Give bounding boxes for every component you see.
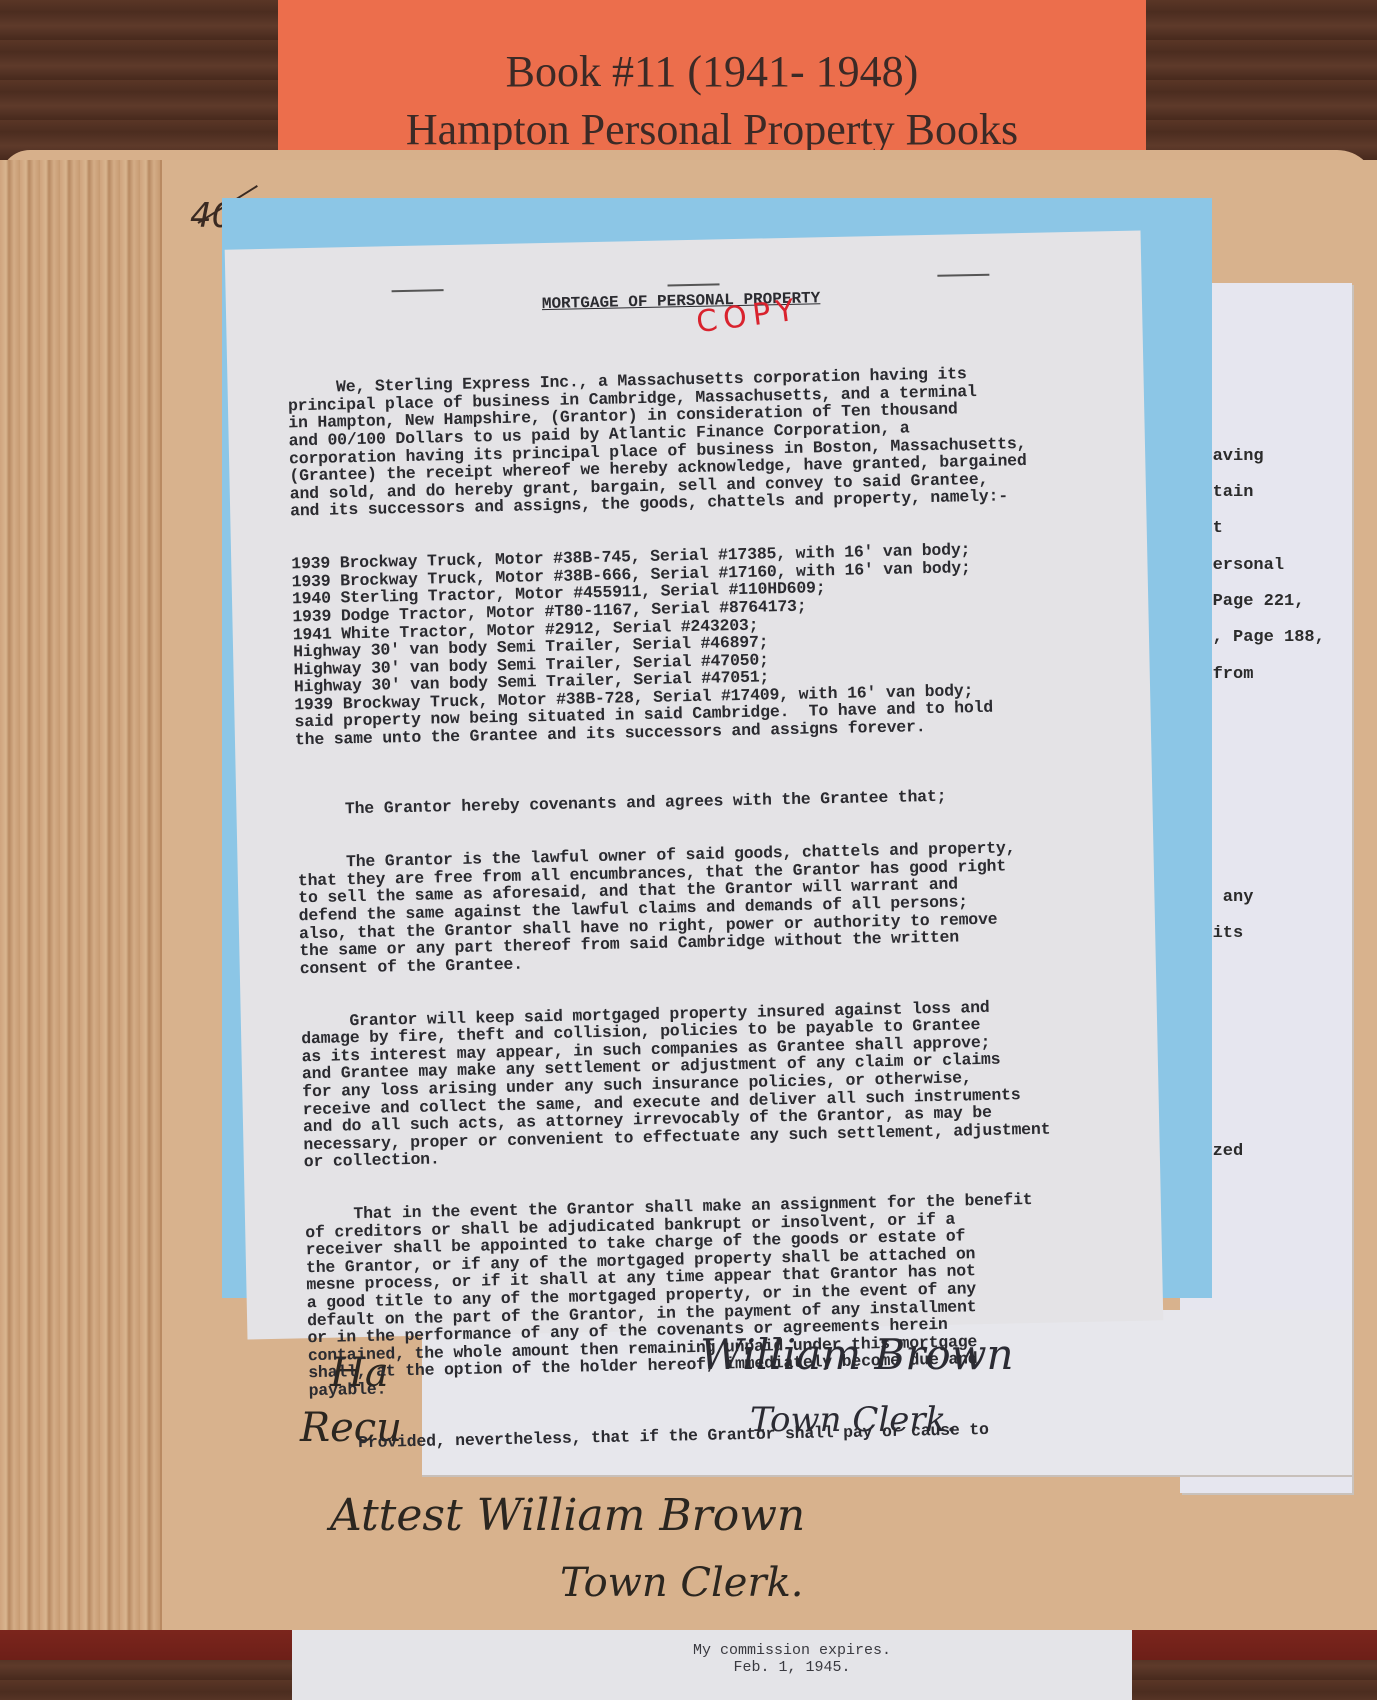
staple [392, 289, 444, 292]
paragraph-grant: We, Sterling Express Inc., a Massachuset… [287, 362, 1110, 520]
paragraph-default: That in the event the Grantor shall make… [305, 1189, 1129, 1400]
staple [668, 283, 720, 286]
attest-signature: Attest William Brown [330, 1490, 805, 1541]
paragraph-insurance: Grantor will keep said mortgaged propert… [301, 996, 1124, 1171]
document-body: We, Sterling Express Inc., a Massachuset… [287, 327, 1131, 1488]
book-series-title: Hampton Personal Property Books [278, 104, 1146, 155]
book-number-title: Book #11 (1941- 1948) [278, 46, 1146, 97]
paragraph-covenants-intro: The Grantor hereby covenants and agrees … [296, 767, 1117, 819]
mortgage-document: MORTGAGE OF PERSONAL PROPERTY COPY We, S… [225, 231, 1164, 1340]
commission-note: My commission expires. Feb. 1, 1945. [612, 1642, 972, 1676]
paragraph-proviso: Provided, nevertheless, that if the Gran… [310, 1418, 1130, 1453]
attest-title: Town Clerk. [560, 1560, 804, 1606]
paragraph-ownership: The Grantor is the lawful owner of said … [297, 837, 1119, 977]
property-list: 1939 Brockway Truck, Motor #38B-745, Ser… [291, 538, 1115, 749]
staple [937, 274, 989, 277]
